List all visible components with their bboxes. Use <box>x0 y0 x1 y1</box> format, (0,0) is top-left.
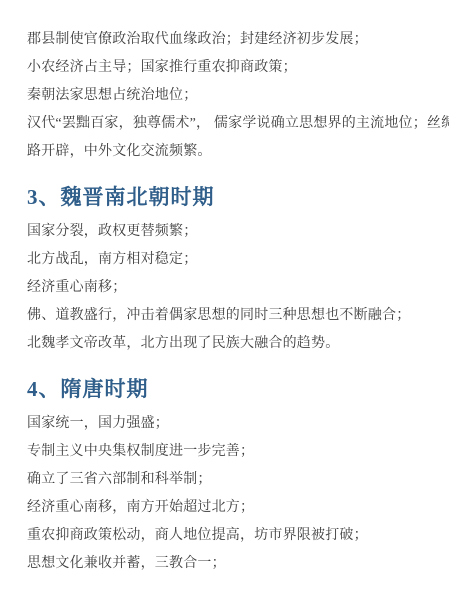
paragraph-line: 确立了三省六部制和科举制； <box>27 466 429 494</box>
paragraph-line: 郡县制使官僚政治取代血缘政治；封建经济初步发展； <box>27 26 429 54</box>
paragraph-line: 佛、道教盛行，冲击着偶家思想的同时三种思想也不断融合； <box>27 302 429 330</box>
paragraph-line: 秦朝法家思想占统治地位； <box>27 82 429 110</box>
section-heading-sui-tang: 4、隋唐时期 <box>27 374 429 404</box>
document-page: 郡县制使官僚政治取代血缘政治；封建经济初步发展； 小农经济占主导；国家推行重农抑… <box>0 0 449 600</box>
paragraph-line: 经济重心南移，南方开始超过北方； <box>27 494 429 522</box>
section-qin-han: 郡县制使官僚政治取代血缘政治；封建经济初步发展； 小农经济占主导；国家推行重农抑… <box>27 26 429 166</box>
paragraph-line: 北魏孝文帝改革，北方出现了民族大融合的趋势。 <box>27 330 429 358</box>
paragraph-line: 专制主义中央集权制度进一步完善； <box>27 438 429 466</box>
paragraph-line: 小农经济占主导；国家推行重农抑商政策； <box>27 54 429 82</box>
paragraph-line: 思想文化兼收并蓄，三教合一； <box>27 550 429 578</box>
paragraph-line: 北方战乱，南方相对稳定； <box>27 246 429 274</box>
paragraph-line: 路开辟，中外文化交流频繁。 <box>27 138 429 166</box>
paragraph-line: 国家统一，国力强盛； <box>27 410 429 438</box>
paragraph-line: 汉代“罢黜百家，独尊儒术”， 儒家学说确立思想界的主流地位；丝绸之 <box>27 110 429 138</box>
section-sui-tang: 4、隋唐时期 国家统一，国力强盛； 专制主义中央集权制度进一步完善； 确立了三省… <box>27 374 429 578</box>
paragraph-line: 经济重心南移； <box>27 274 429 302</box>
paragraph-line: 国家分裂，政权更替频繁； <box>27 218 429 246</box>
section-heading-wei-jin: 3、魏晋南北朝时期 <box>27 182 429 212</box>
paragraph-line: 重农抑商政策松动，商人地位提高，坊市界限被打破； <box>27 522 429 550</box>
section-wei-jin: 3、魏晋南北朝时期 国家分裂，政权更替频繁； 北方战乱，南方相对稳定； 经济重心… <box>27 182 429 358</box>
